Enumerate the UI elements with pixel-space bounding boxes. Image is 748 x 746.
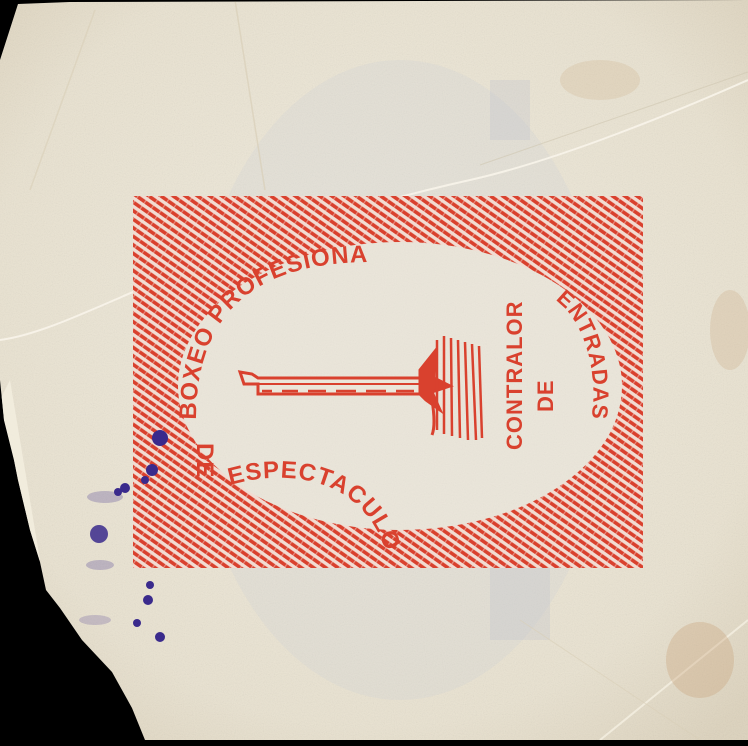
stamp-text-de-2: DE [533, 379, 558, 412]
stamp-text-contralor: CONTRALOR [502, 300, 527, 450]
stamp-text-de: DE [191, 443, 218, 478]
ticket-scan: BOXEO PROFESIONAL DE ESPECTACULO CONTRAL… [0, 0, 748, 746]
